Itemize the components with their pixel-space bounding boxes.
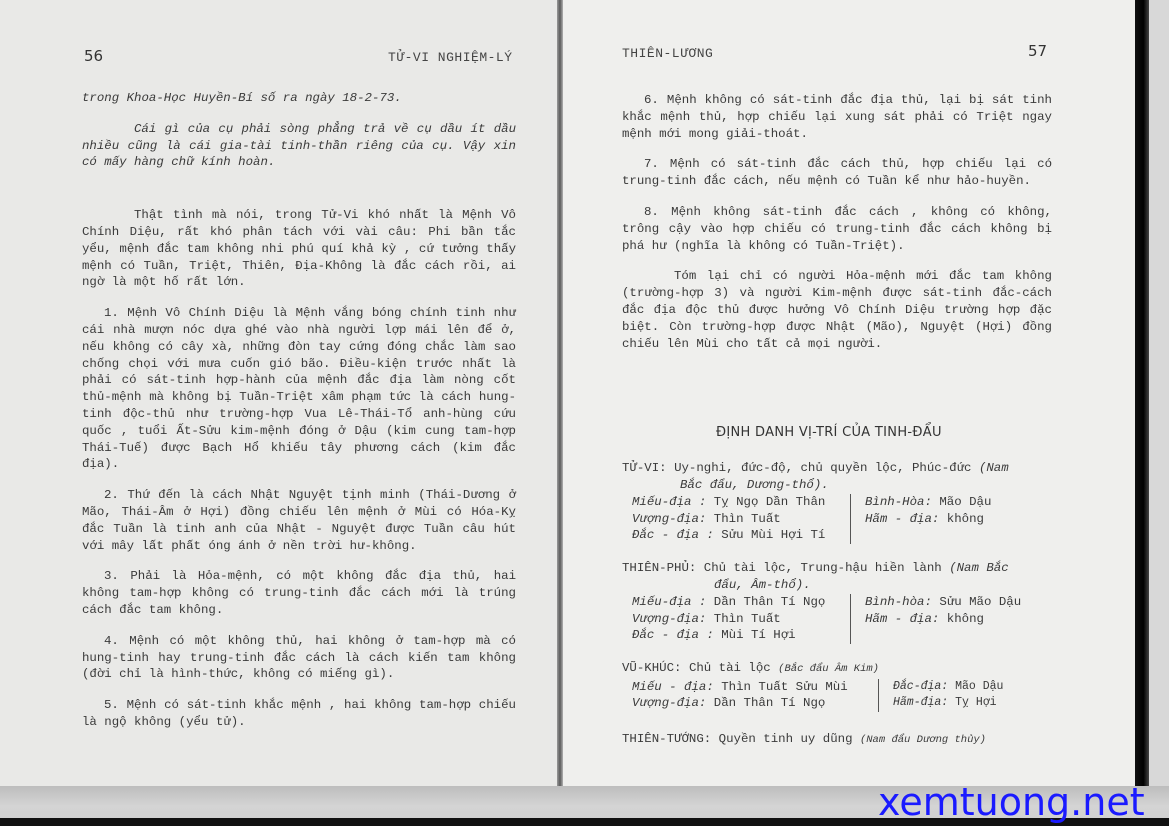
page-number-left: 56 [84,47,103,65]
left-page-body: trong Khoa-Học Huyền-Bí số ra ngày 18-2-… [82,90,516,731]
page-number-right: 57 [1028,42,1047,60]
attr-row: Đắc-địa: Mão Dậu [893,679,1003,696]
item-8: 8. Mệnh không sát-tinh đắc cách , không … [622,204,1052,254]
attr-row: Đắc - địa : Sửu Mùi Hợi Tí [632,527,850,544]
intro-paragraph: Cái gì của cụ phải sòng phẳng trả về cụ … [82,121,516,171]
star-vu-khuc: VŨ-KHÚC: Chủ tài lộc (Bắc đẩu Âm Kim) Mi… [622,660,1062,712]
attr-row: Bình-hòa: Sửu Mão Dậu [865,594,1021,611]
attributes-right: Đắc-địa: Mão Dậu Hãm-địa: Tỵ Hợi [879,679,1003,712]
scanner-background [1149,0,1169,786]
running-head-right: THIÊN-LƯƠNG [622,46,713,61]
star-name: VŨ-KHÚC: [622,661,682,675]
main-paragraph: Thật tình mà nói, trong Tử-Vi khó nhất l… [82,207,516,291]
attributes-right: Bình-hòa: Sửu Mão Dậu Hãm - địa: không [851,594,1021,644]
star-note: (Bắc đẩu Âm Kim) [778,663,879,675]
item-5: 5. Mệnh có sát-tinh khắc mệnh , hai khôn… [82,697,516,731]
attr-row: Miếu - địa: Thìn Tuất Sửu Mùi [632,679,878,696]
star-desc: Uy-nghi, đức-độ, chủ quyền lộc, Phúc-đức [674,461,971,475]
attr-row: Đắc - địa : Mùi Tí Hợi [632,627,850,644]
attr-row: Miếu-địa : Dần Thân Tí Ngọ [632,594,850,611]
star-thien-phu: THIÊN-PHỦ: Chủ tài lộc, Trung-hậu hiền l… [622,560,1062,644]
attributes-left: Miếu - địa: Thìn Tuất Sửu Mùi Vượng-địa:… [622,679,879,712]
item-4: 4. Mệnh có một không thủ, hai không ở ta… [82,633,516,683]
attr-row: Vượng-địa: Thìn Tuất [632,511,850,528]
attr-row: Hãm - địa: không [865,511,991,528]
star-desc: Quyền tinh uy dũng [719,732,853,746]
item-1: 1. Mệnh Vô Chính Diệu là Mệnh vắng bóng … [82,305,516,473]
section-title: ĐỊNH DANH VỊ-TRÍ CỦA TINH-ĐẨU [716,425,942,440]
star-note: (Nam [979,461,1009,475]
star-note-cont: Bắc đẩu, Dương-thổ). [622,477,1062,494]
attributes-left: Miếu-địa : Tỵ Ngọ Dần Thân Vượng-địa: Th… [622,494,851,544]
star-attributes: Miếu - địa: Thìn Tuất Sửu Mùi Vượng-địa:… [622,679,1062,712]
star-name: THIÊN-TƯỚNG: [622,732,711,746]
star-desc: Chủ tài lộc [689,661,771,675]
attr-row: Bình-Hòa: Mão Dậu [865,494,991,511]
watermark-site-name: xemtuong.net [878,780,1145,824]
star-thien-tuong: THIÊN-TƯỚNG: Quyền tinh uy dũng (Nam đẩu… [622,731,1082,749]
attr-row: Miếu-địa : Tỵ Ngọ Dần Thân [632,494,850,511]
item-6: 6. Mệnh không có sát-tinh đắc địa thủ, l… [622,92,1052,142]
star-name: TỬ-VI: [622,461,667,475]
attr-row: Vượng-địa: Thìn Tuất [632,611,850,628]
item-7: 7. Mệnh có sát-tinh đắc cách thủ, hợp ch… [622,156,1052,190]
attributes-left: Miếu-địa : Dần Thân Tí Ngọ Vượng-địa: Th… [622,594,851,644]
summary-paragraph: Tóm lại chỉ có người Hỏa-mệnh mới đắc ta… [622,268,1052,352]
star-attributes: Miếu-địa : Dần Thân Tí Ngọ Vượng-địa: Th… [622,594,1062,644]
attr-row: Hãm-địa: Tỵ Hợi [893,695,1003,712]
star-note: (Nam đẩu Dương thủy) [860,734,986,746]
star-note-cont: đẩu, Âm-thổ). [622,577,1062,594]
star-attributes: Miếu-địa : Tỵ Ngọ Dần Thân Vượng-địa: Th… [622,494,1062,544]
star-name: THIÊN-PHỦ: [622,561,696,575]
attr-row: Vượng-địa: Dần Thân Tí Ngọ [632,695,878,712]
intro-line: trong Khoa-Học Huyền-Bí số ra ngày 18-2-… [82,90,516,107]
right-shadow-edge [1135,0,1149,786]
attributes-right: Bình-Hòa: Mão Dậu Hãm - địa: không [851,494,991,544]
star-desc: Chủ tài lộc, Trung-hậu hiền lành [704,561,942,575]
item-2: 2. Thứ đến là cách Nhật Nguyệt tịnh minh… [82,487,516,554]
star-tu-vi: TỬ-VI: Uy-nghi, đức-độ, chủ quyền lộc, P… [622,460,1062,544]
right-page-body: 6. Mệnh không có sát-tinh đắc địa thủ, l… [622,92,1052,352]
star-note: (Nam Bắc [949,561,1009,575]
attr-row: Hãm - địa: không [865,611,1021,628]
book-spread: 56 TỬ-VI NGHIỆM-LÝ trong Khoa-Học Huyền-… [0,0,1169,826]
item-3: 3. Phải là Hỏa-mệnh, có một không đắc đị… [82,568,516,618]
running-head-left: TỬ-VI NGHIỆM-LÝ [388,50,513,65]
